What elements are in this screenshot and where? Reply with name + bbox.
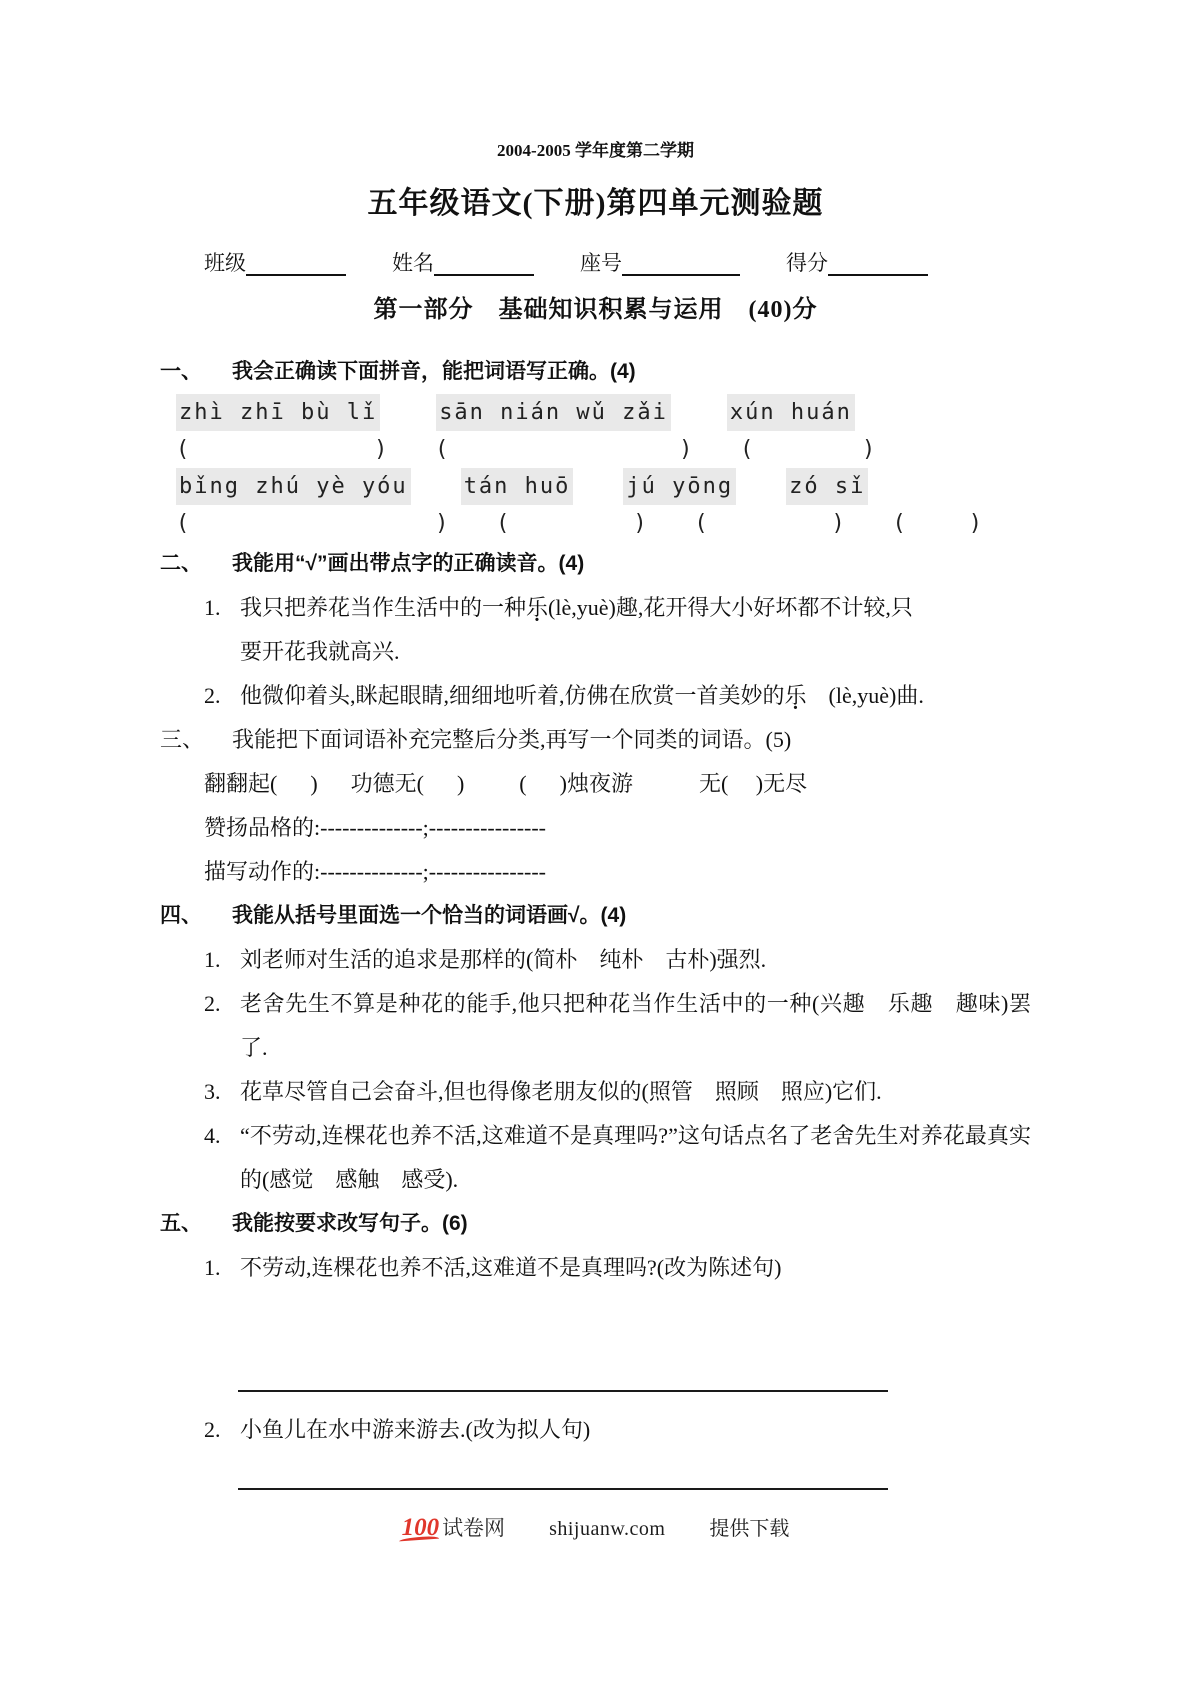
pinyin-word: zhì zhī bù lǐ [176, 394, 380, 431]
section-4-heading: 四、 我能从括号里面选一个恰当的词语画√。(4) [160, 894, 1031, 938]
section-3-number: 三、 [160, 718, 232, 762]
answer-brackets-row-1: ( ) ( ) ( ) [160, 431, 1031, 468]
section-2-item-1-continuation: 要开花我就高兴. [160, 630, 1031, 674]
section-2-item-2: 2. 他微仰着头,眯起眼睛,细细地听着,仿佛在欣赏一首美妙的乐 (lè,yuè)… [160, 674, 1031, 718]
section-2-number: 二、 [160, 542, 232, 586]
item-text: 他微仰着头,眯起眼睛,细细地听着,仿佛在欣赏一首美妙的乐 (lè,yuè)曲. [240, 674, 1031, 718]
item-text: 我只把养花当作生活中的一种乐(lè,yuè)趣,花开得大小好坏都不计较,只 [240, 586, 1031, 630]
category-action-line: 描写动作的:--------------;---------------- [160, 850, 1031, 894]
part-one-heading: 第一部分 基础知识积累与运用 (40)分 [160, 292, 1031, 328]
item-text: 不劳动,连棵花也养不活,这难道不是真理吗?(改为陈述句) [240, 1246, 1031, 1290]
section-4-title: 我能从括号里面选一个恰当的词语画√。(4) [232, 894, 1031, 938]
section-4-number: 四、 [160, 894, 232, 938]
item-text: 刘老师对生活的追求是那样的(简朴 纯朴 古朴)强烈. [240, 938, 1031, 982]
item-text-post: (lè,yuè)趣,花开得大小好坏都不计较,只 [548, 595, 913, 620]
category-praise-line: 赞扬品格的:--------------;---------------- [160, 806, 1031, 850]
item-number: 1. [204, 1246, 240, 1290]
pinyin-word: xún huán [727, 394, 855, 431]
section-5-heading: 五、 我能按要求改写句子。(6) [160, 1202, 1031, 1246]
item-number: 4. [204, 1114, 240, 1202]
answer-line-2 [238, 1488, 888, 1490]
section-1-heading: 一、 我会正确读下面拼音，能把词语写正确。(4) [160, 350, 1031, 394]
class-field: 班级 [204, 250, 346, 276]
section-5-number: 五、 [160, 1202, 232, 1246]
pinyin-word: sān nián wǔ zǎi [436, 394, 671, 431]
name-blank [434, 252, 534, 276]
seat-blank [622, 252, 740, 276]
footer: 100 试卷网 shijuanw.com 提供下载 [160, 1512, 1031, 1542]
exam-paper-page: 2004-2005 学年度第二学期 五年级语文(下册)第四单元测验题 班级 姓名… [0, 0, 1191, 1684]
section-5-item-1: 1. 不劳动,连棵花也养不活,这难道不是真理吗?(改为陈述句) [160, 1246, 1031, 1290]
dotted-character: 乐 [785, 674, 807, 718]
section-5-item-2: 2. 小鱼儿在水中游来游去.(改为拟人句) [160, 1408, 1031, 1452]
name-label: 姓名 [392, 250, 434, 276]
class-label: 班级 [204, 250, 246, 276]
section-2-item-1: 1. 我只把养花当作生活中的一种乐(lè,yuè)趣,花开得大小好坏都不计较,只 [160, 586, 1031, 630]
item-number: 1. [204, 586, 240, 630]
pinyin-word: bǐng zhú yè yóu [176, 468, 411, 505]
section-4-item-2: 2. 老舍先生不算是种花的能手,他只把种花当作生活中的一种(兴趣 乐趣 趣味)罢… [160, 982, 1031, 1070]
logo-100-icon: 100 [402, 1514, 443, 1542]
pinyin-word: zó sǐ [786, 468, 868, 505]
item-number: 2. [204, 1408, 240, 1452]
section-1-title: 我会正确读下面拼音，能把词语写正确。(4) [232, 350, 1031, 394]
pinyin-word: jú yōng [623, 468, 736, 505]
answer-brackets-row-2: ( ) ( ) ( ) ( ) [160, 505, 1031, 542]
class-blank [246, 252, 346, 276]
student-info-row: 班级 姓名 座号 得分 [160, 246, 1031, 276]
school-term: 2004-2005 学年度第二学期 [160, 138, 1031, 164]
score-blank [828, 252, 928, 276]
logo-site-name: 试卷网 [442, 1512, 505, 1542]
section-5-title: 我能按要求改写句子。(6) [232, 1202, 1031, 1246]
shijuanw-logo: 100 试卷网 [402, 1512, 506, 1542]
pinyin-row-1: zhì zhī bù lǐ sān nián wǔ zǎi xún huán [160, 394, 1031, 431]
footer-download-text: 提供下载 [709, 1512, 789, 1541]
section-4-item-3: 3. 花草尽管自己会奋斗,但也得像老朋友似的(照管 照顾 照应)它们. [160, 1070, 1031, 1114]
item-number: 1. [204, 938, 240, 982]
section-2-heading: 二、 我能用“√”画出带点字的正确读音。(4) [160, 542, 1031, 586]
item-text-pre: 他微仰着头,眯起眼睛,细细地听着,仿佛在欣赏一首美妙的 [240, 683, 785, 708]
exam-title: 五年级语文(下册)第四单元测验题 [160, 180, 1031, 228]
section-3-heading: 三、 我能把下面词语补充完整后分类,再写一个同类的词语。(5) [160, 718, 1031, 762]
section-1-number: 一、 [160, 350, 232, 394]
seat-label: 座号 [580, 250, 622, 276]
item-text-pre: 我只把养花当作生活中的一种 [240, 595, 526, 620]
section-3-title: 我能把下面词语补充完整后分类,再写一个同类的词语。(5) [232, 718, 1031, 762]
item-text: 小鱼儿在水中游来游去.(改为拟人句) [240, 1408, 1031, 1452]
item-text: 花草尽管自己会奋斗,但也得像老朋友似的(照管 照顾 照应)它们. [240, 1070, 1031, 1114]
seat-field: 座号 [580, 250, 740, 276]
item-number: 2. [204, 674, 240, 718]
item-text-post: (lè,yuè)曲. [807, 683, 924, 708]
section-4-item-1: 1. 刘老师对生活的追求是那样的(简朴 纯朴 古朴)强烈. [160, 938, 1031, 982]
item-text: “不劳动,连棵花也养不活,这难道不是真理吗?”这句话点名了老舍先生对养花最真实的… [240, 1114, 1031, 1202]
item-number: 3. [204, 1070, 240, 1114]
pinyin-word: tán huō [461, 468, 574, 505]
pinyin-row-2: bǐng zhú yè yóu tán huō jú yōng zó sǐ [160, 468, 1031, 505]
section-4-item-4: 4. “不劳动,连棵花也养不活,这难道不是真理吗?”这句话点名了老舍先生对养花最… [160, 1114, 1031, 1202]
section-2-title: 我能用“√”画出带点字的正确读音。(4) [232, 542, 1031, 586]
name-field: 姓名 [392, 250, 534, 276]
footer-domain: shijuanw.com [549, 1518, 665, 1541]
item-text: 老舍先生不算是种花的能手,他只把种花当作生活中的一种(兴趣 乐趣 趣味)罢了. [240, 982, 1031, 1070]
score-field: 得分 [786, 250, 928, 276]
item-number: 2. [204, 982, 240, 1070]
score-label: 得分 [786, 250, 828, 276]
answer-line-1 [238, 1390, 888, 1392]
dotted-character: 乐 [526, 586, 548, 630]
word-completion-line: 翻翻起( ) 功德无( ) ( )烛夜游 无( )无尽 [160, 762, 1031, 806]
